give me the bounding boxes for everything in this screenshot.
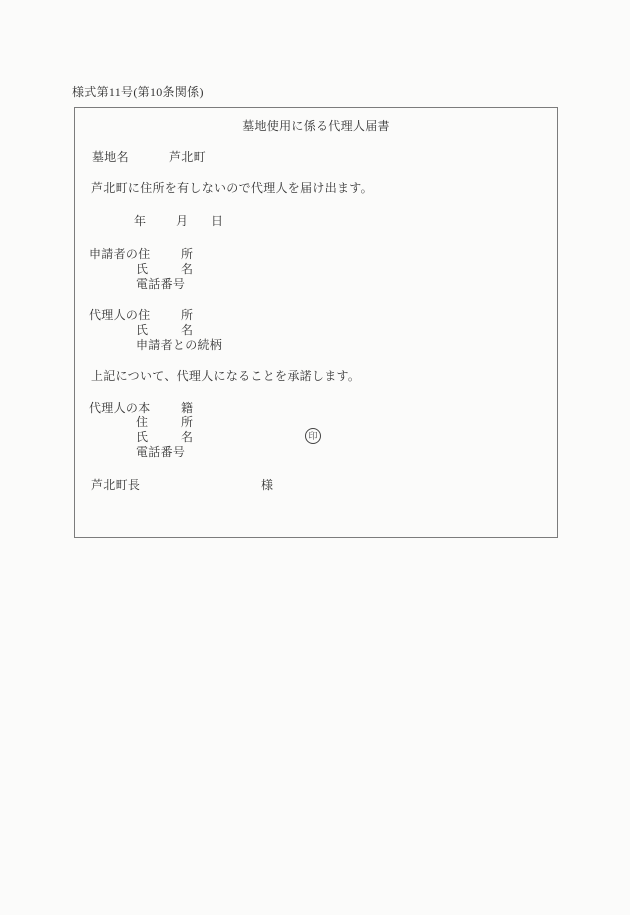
- agent-detail-address-label-tail: 所: [181, 416, 193, 429]
- applicant-address-label-tail: 所: [181, 248, 193, 261]
- addressee-honorific-label: 様: [261, 479, 273, 492]
- agent-name-label-head: 氏: [136, 324, 148, 337]
- declaration-sentence: 芦北町に住所を有しないので代理人を届け出ます。: [91, 182, 373, 195]
- addressee-mayor-label: 芦北町長: [91, 479, 140, 492]
- agent-detail-name-label-tail: 名: [181, 431, 193, 444]
- agent-address-label-head: 代理人の住: [89, 309, 151, 322]
- consent-sentence: 上記について、代理人になることを承諾します。: [91, 370, 360, 383]
- form-title: 墓地使用に係る代理人届書: [75, 120, 557, 133]
- agent-registry-label-tail: 籍: [181, 402, 193, 415]
- date-year-label: 年: [134, 215, 146, 228]
- form-number-label: 様式第11号(第10条関係): [72, 83, 204, 100]
- seal-stamp-icon: 印: [305, 428, 321, 444]
- cemetery-name-label: 墓地名: [92, 151, 129, 164]
- cemetery-name-value: 芦北町: [169, 151, 206, 164]
- applicant-name-label-head: 氏: [136, 263, 148, 276]
- date-month-label: 月: [176, 215, 188, 228]
- form-border-box: 墓地使用に係る代理人届書 墓地名 芦北町 芦北町に住所を有しないので代理人を届け…: [74, 107, 558, 538]
- agent-detail-phone-label: 電話番号: [136, 446, 185, 459]
- applicant-name-label-tail: 名: [181, 263, 193, 276]
- agent-detail-address-label-head: 住: [136, 416, 148, 429]
- agent-relation-label: 申請者との続柄: [136, 339, 222, 352]
- agent-detail-name-label-head: 氏: [136, 431, 148, 444]
- agent-name-label-tail: 名: [181, 324, 193, 337]
- document-page: 様式第11号(第10条関係) 墓地使用に係る代理人届書 墓地名 芦北町 芦北町に…: [0, 0, 630, 915]
- agent-address-label-tail: 所: [181, 309, 193, 322]
- applicant-address-label-head: 申請者の住: [89, 248, 151, 261]
- date-day-label: 日: [211, 215, 223, 228]
- agent-registry-label-head: 代理人の本: [89, 402, 151, 415]
- applicant-phone-label: 電話番号: [136, 278, 185, 291]
